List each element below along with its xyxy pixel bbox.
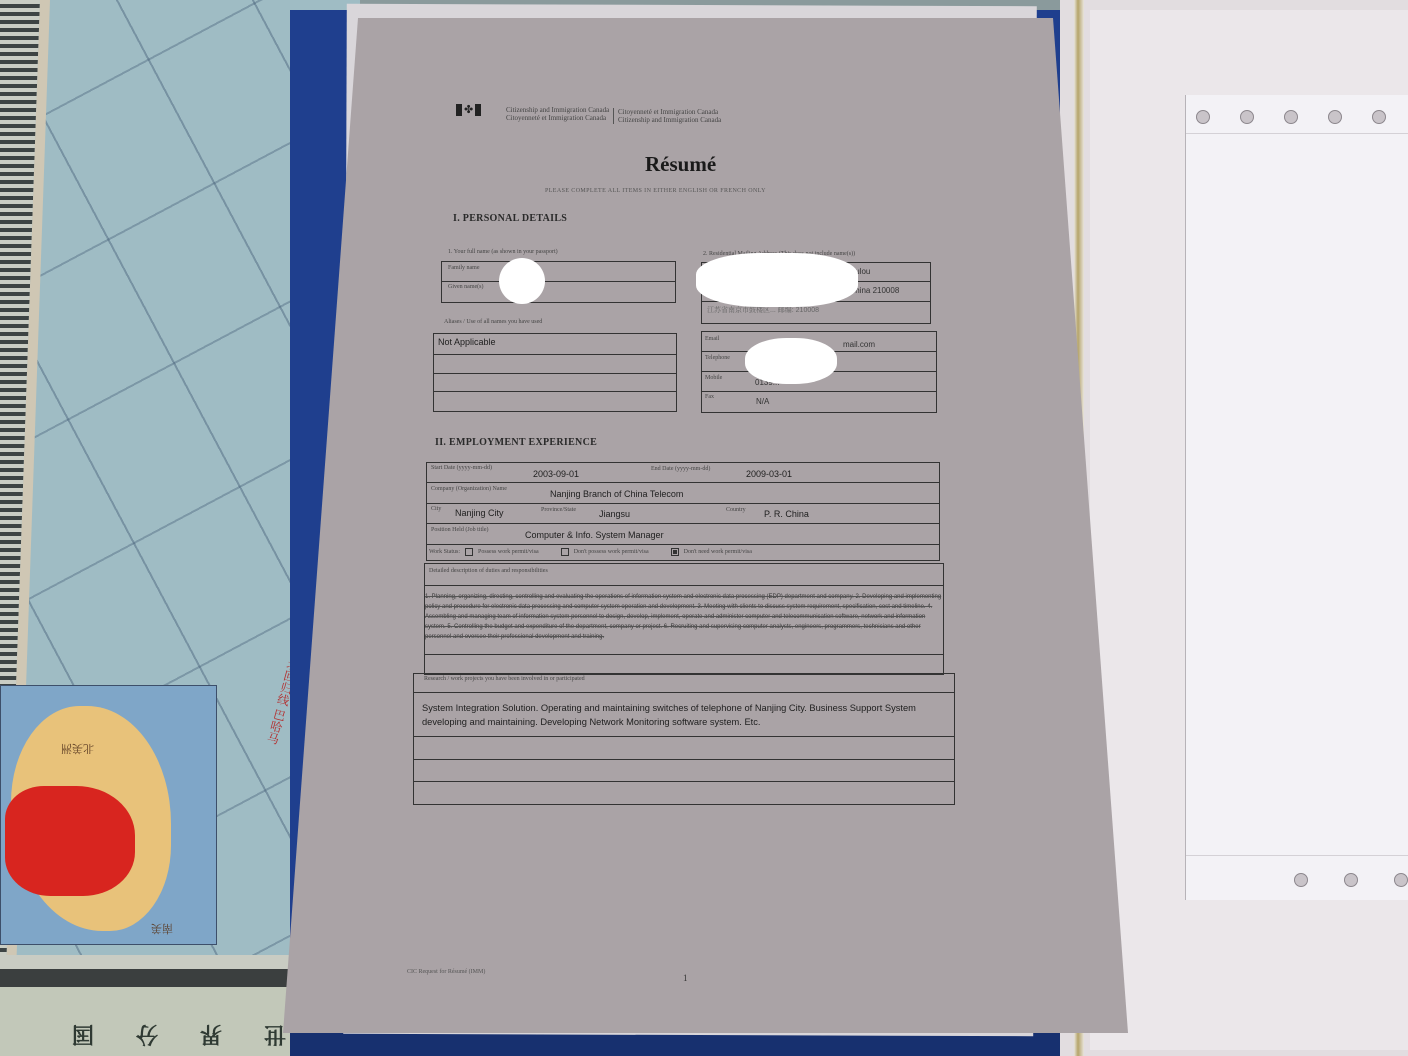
research-text: System Integration Solution. Operating a… bbox=[422, 701, 942, 729]
position-label: Position Held (Job title) bbox=[431, 527, 489, 533]
redaction-mark bbox=[745, 338, 837, 384]
hole-icon bbox=[1284, 110, 1298, 124]
given-names-label: Given name(s) bbox=[448, 284, 484, 290]
end-date-value: 2009-03-01 bbox=[746, 469, 792, 479]
email-value: mail.com bbox=[843, 340, 875, 349]
map-inset-north-america: 北美洲 南美 bbox=[0, 685, 217, 945]
work-status-checkbox[interactable] bbox=[561, 548, 569, 556]
start-date-label: Start Date (yyyy-mm-dd) bbox=[431, 465, 492, 471]
telephone-label: Telephone bbox=[705, 355, 730, 361]
map-title: 世界分国 bbox=[30, 1020, 286, 1051]
section-personal-details: I. PERSONAL DETAILS bbox=[453, 213, 567, 224]
research-label: Research / work projects you have been i… bbox=[424, 676, 585, 682]
hole-icon bbox=[1328, 110, 1342, 124]
hole-icon bbox=[1344, 873, 1358, 887]
duties-label: Detailed description of duties and respo… bbox=[429, 568, 548, 574]
duties-text: 1. Planning, organizing, directing, cont… bbox=[425, 592, 945, 642]
work-status-checkbox-checked[interactable] bbox=[671, 548, 679, 556]
end-date-label: End Date (yyyy-mm-dd) bbox=[651, 466, 710, 472]
department-name-en: Citizenship and Immigration Canada Citoy… bbox=[506, 106, 609, 122]
fax-value: N/A bbox=[756, 397, 769, 406]
city-label: City bbox=[431, 506, 441, 512]
map-label: 南美 bbox=[151, 921, 173, 937]
instructions: Please complete all items in either Engl… bbox=[545, 188, 766, 194]
company-label: Company (Organization) Name bbox=[431, 486, 507, 492]
aliases-label: Aliases / Use of all names you have used bbox=[444, 319, 542, 325]
fax-label: Fax bbox=[705, 394, 714, 400]
redaction-mark bbox=[696, 253, 858, 307]
city-value: Nanjing City bbox=[455, 508, 504, 518]
map-label: 北美洲 bbox=[61, 741, 94, 757]
full-name-label: 1. Your full name (as shown in your pass… bbox=[448, 249, 558, 255]
perforation-line bbox=[1186, 133, 1408, 134]
work-status-checkbox[interactable] bbox=[465, 548, 473, 556]
canada-flag-icon: ✤ bbox=[456, 104, 481, 116]
province-value: Jiangsu bbox=[599, 509, 630, 519]
start-date-value: 2003-09-01 bbox=[533, 469, 579, 479]
mobile-label: Mobile bbox=[705, 375, 722, 381]
hole-icon bbox=[1240, 110, 1254, 124]
hole-icon bbox=[1196, 110, 1210, 124]
resume-page: ✤ Citizenship and Immigration Canada Cit… bbox=[283, 18, 1128, 1033]
hole-icon bbox=[1294, 873, 1308, 887]
hole-icon bbox=[1394, 873, 1408, 887]
province-label: Province/State bbox=[541, 507, 576, 513]
aliases-value: Not Applicable bbox=[438, 337, 496, 347]
country-value: P. R. China bbox=[764, 509, 809, 519]
section-employment-experience: II. EMPLOYMENT EXPERIENCE bbox=[435, 437, 597, 448]
email-label: Email bbox=[705, 336, 719, 342]
department-name-fr: Citoyenneté et Immigration Canada Citize… bbox=[613, 108, 721, 124]
page-number: 1 bbox=[683, 973, 688, 983]
redaction-mark bbox=[499, 258, 545, 304]
fanfold-paper bbox=[1185, 95, 1408, 900]
family-name-label: Family name bbox=[448, 265, 480, 271]
hole-icon bbox=[1372, 110, 1386, 124]
work-status-row: Work Status: Possess work permit/visa Do… bbox=[429, 548, 752, 556]
position-value: Computer & Info. System Manager bbox=[525, 530, 664, 540]
tractor-holes-bottom bbox=[1294, 873, 1408, 887]
tractor-holes-top bbox=[1196, 110, 1386, 124]
form-footer: CIC Request for Résumé (IMM) bbox=[407, 969, 485, 975]
country-label: Country bbox=[726, 507, 746, 513]
perforation-line bbox=[1186, 855, 1408, 856]
map-highlighted-country bbox=[5, 786, 135, 896]
document-title: Résumé bbox=[645, 152, 716, 177]
company-value: Nanjing Branch of China Telecom bbox=[550, 489, 683, 499]
